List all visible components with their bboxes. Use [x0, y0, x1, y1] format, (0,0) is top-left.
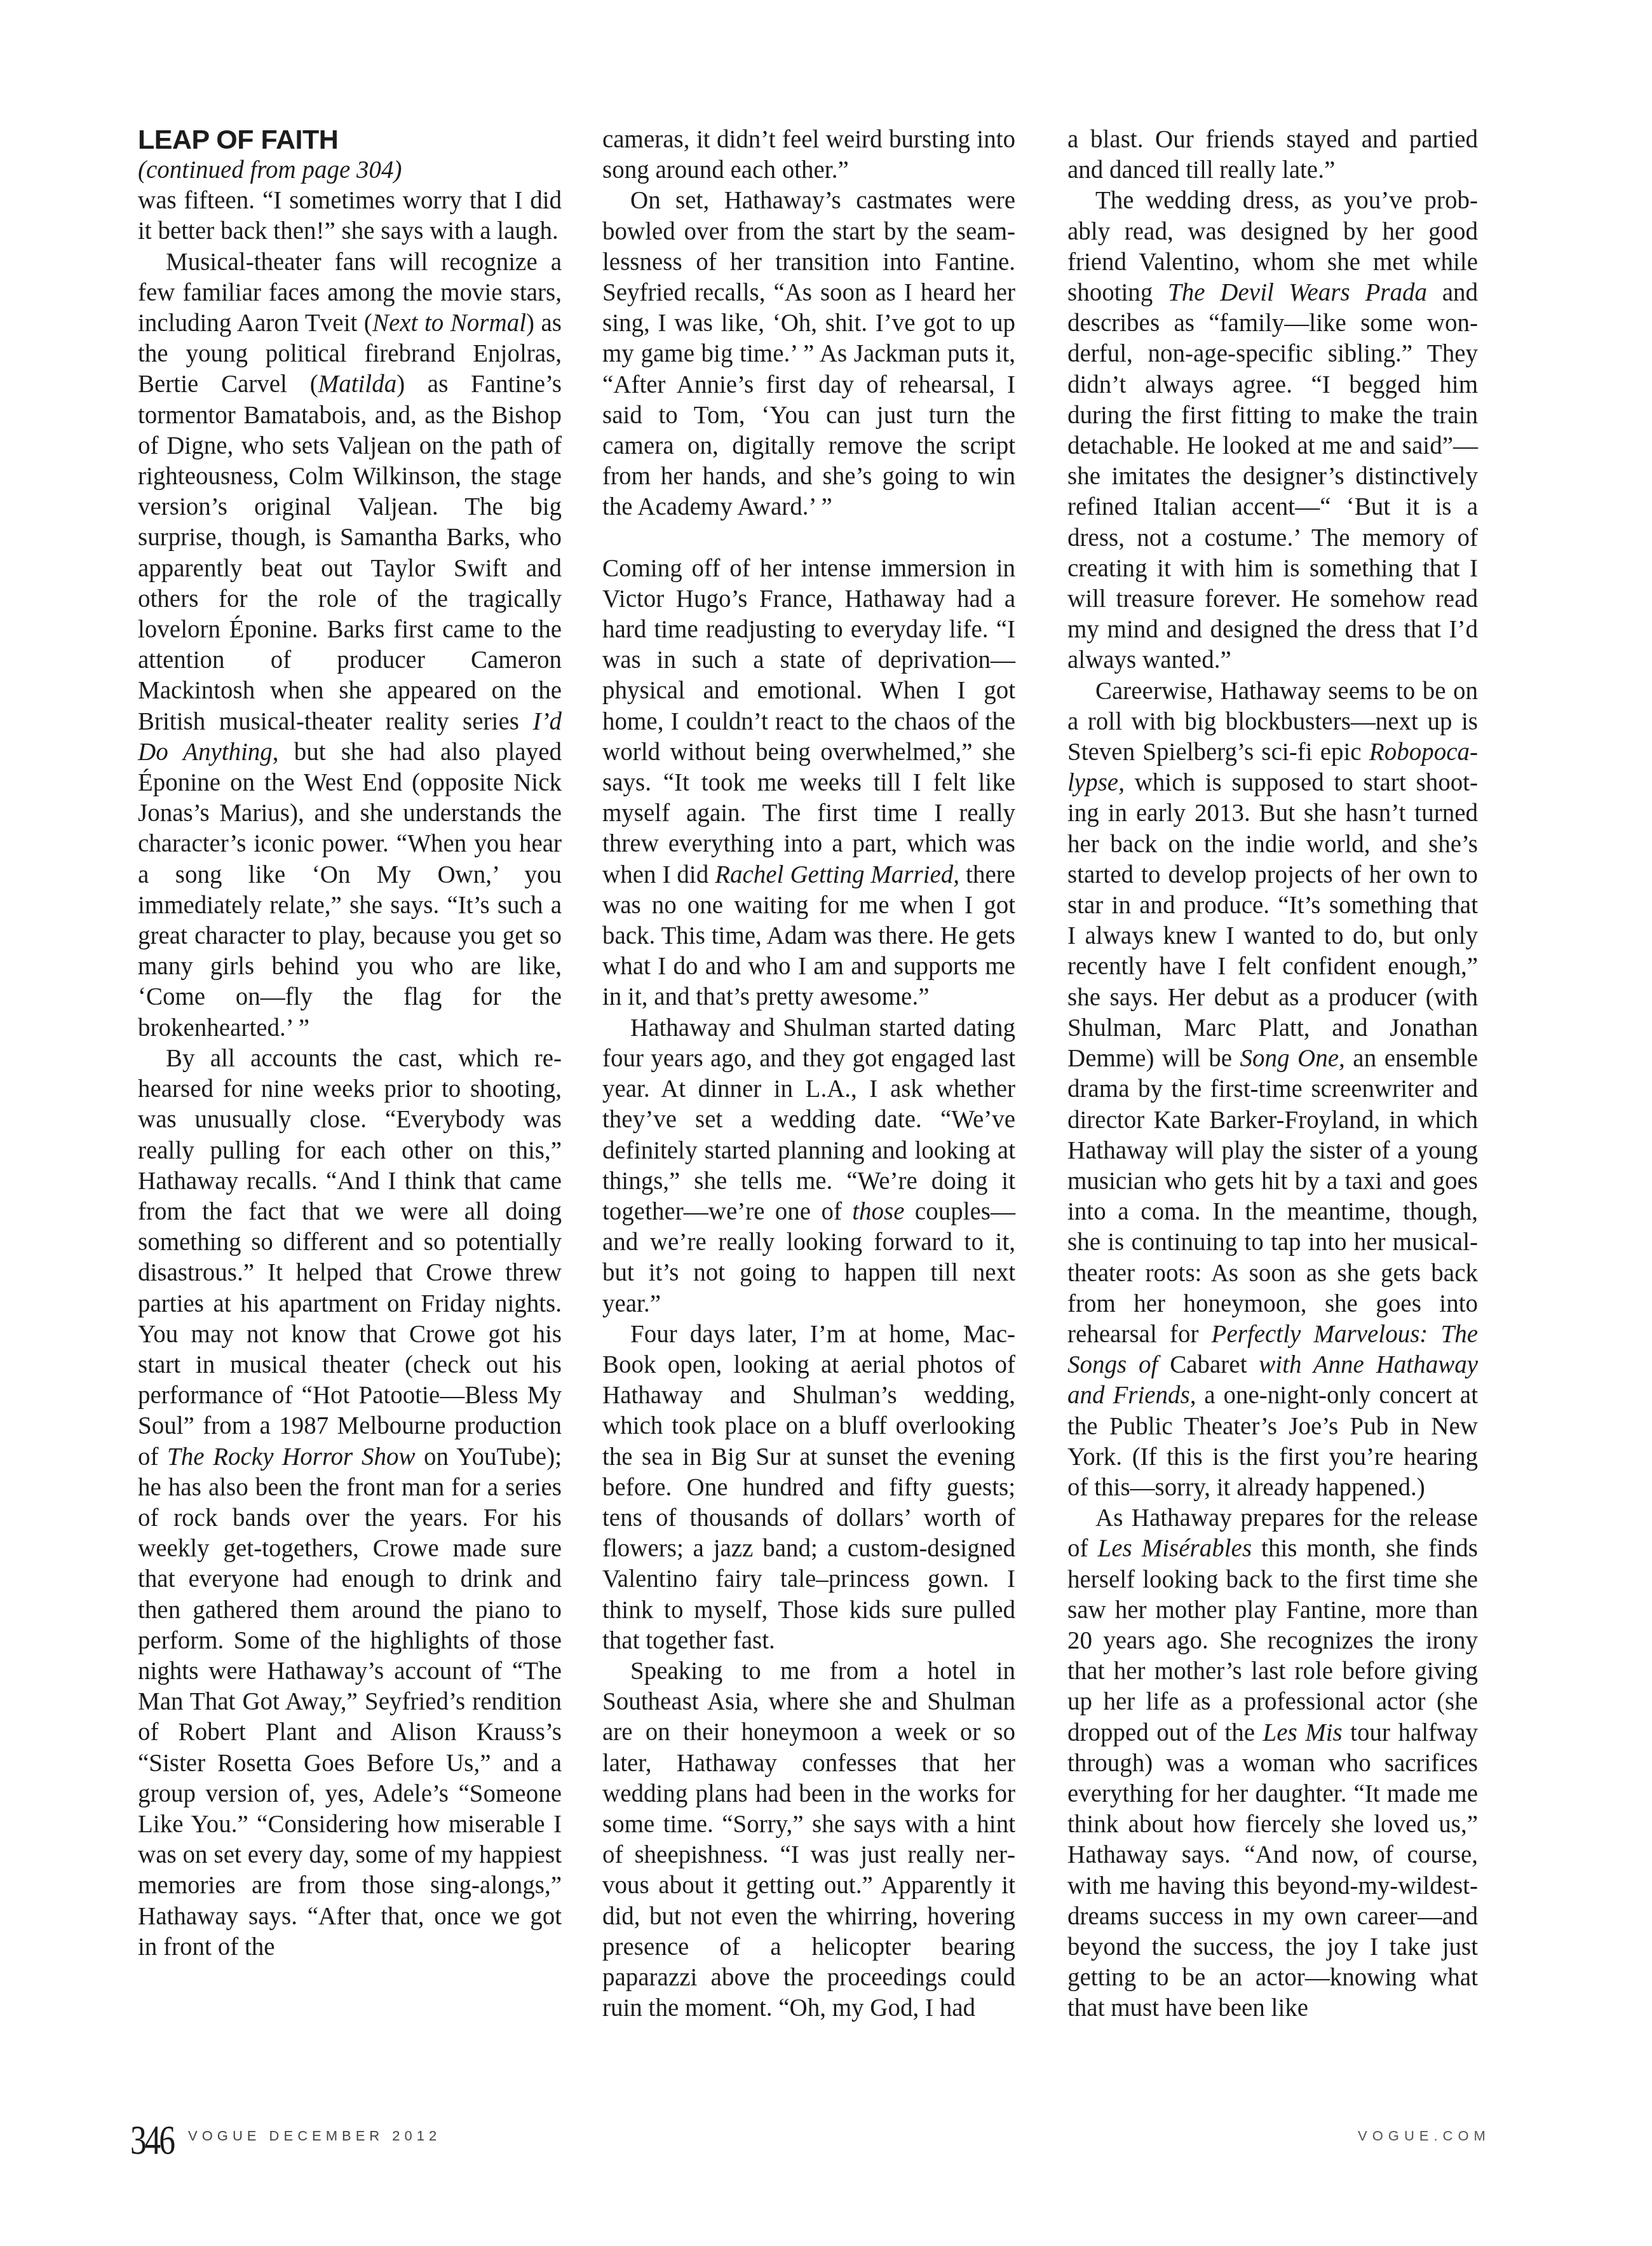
continued-from-note: (continued from page 304): [138, 155, 562, 186]
article-paragraph: As Hathaway prepares for the release of …: [1067, 1503, 1478, 2024]
article-column-1: LEAP OF FAITH (continued from page 304) …: [138, 125, 562, 1963]
article-paragraph: Hathaway and Shulman started dating four…: [602, 1013, 1015, 1319]
italic-title: Song One,: [1240, 1045, 1345, 1072]
article-paragraph: was fifteen. “I sometimes worry that I d…: [138, 186, 562, 247]
page-footer-left: 346 VOGUE DECEMBER 2012: [130, 2121, 441, 2160]
article-paragraph: The wedding dress, as you’ve prob­ably r…: [1067, 186, 1478, 676]
page-number: 346: [130, 2121, 173, 2160]
italic-title: Next to Normal: [372, 310, 526, 337]
article-paragraph: Four days later, I’m at home, Mac­Book o…: [602, 1319, 1015, 1656]
article-paragraph: a blast. Our friends stayed and partied …: [1067, 125, 1478, 186]
article-paragraph: On set, Hathaway’s castmates were bowled…: [602, 186, 1015, 522]
italic-title: I’d Do Anything: [138, 708, 562, 766]
italic-title: The Devil Wears Prada: [1168, 279, 1427, 306]
article-paragraph: Speaking to me from a hotel in Southeast…: [602, 1656, 1015, 2024]
italic-title: The Rocky Horror Show: [167, 1443, 415, 1471]
italic-title: Rachel Getting Married,: [715, 861, 959, 888]
article-column-3: a blast. Our friends stayed and partied …: [1067, 125, 1478, 2024]
column-body: was fifteen. “I sometimes worry that I d…: [138, 186, 562, 1963]
article-column-2: cameras, it didn’t feel weird bursting i…: [602, 125, 1015, 2024]
article-paragraph: Coming off of her intense immersion in V…: [602, 554, 1015, 1013]
article-paragraph: Careerwise, Hathaway seems to be on a ro…: [1067, 676, 1478, 1503]
article-paragraph: Musical-theater fans will recognize a fe…: [138, 247, 562, 1044]
issue-date: VOGUE DECEMBER 2012: [188, 2128, 441, 2144]
magazine-page: LEAP OF FAITH (continued from page 304) …: [0, 0, 1652, 2246]
column-body: a blast. Our friends stayed and partied …: [1067, 125, 1478, 2024]
italic-title: Matilda: [318, 371, 397, 398]
section-title: LEAP OF FAITH: [138, 125, 562, 155]
italic-title: Robopoca­lypse,: [1067, 738, 1478, 796]
article-paragraph: cameras, it didn’t feel weird bursting i…: [602, 125, 1015, 186]
website-url: VOGUE.COM: [1358, 2128, 1491, 2144]
italic-title: Les Mis: [1263, 1719, 1343, 1746]
italic-title: Les Misérables: [1098, 1535, 1252, 1562]
article-paragraph: By all accounts the cast, which re­hears…: [138, 1044, 562, 1963]
column-body: cameras, it didn’t feel weird bursting i…: [602, 125, 1015, 2024]
italic-title: those: [852, 1198, 904, 1225]
